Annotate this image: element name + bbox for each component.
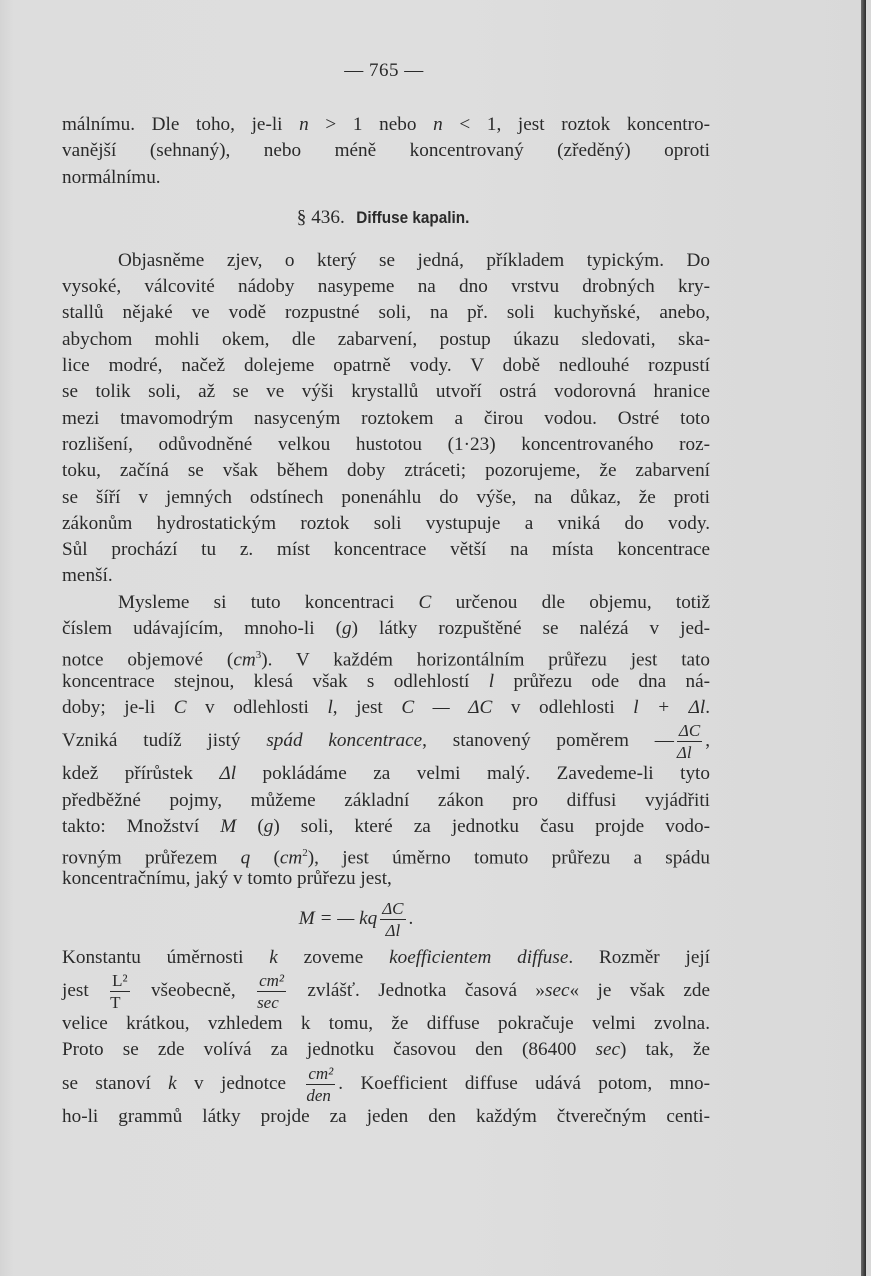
text-line: se tolik soli, až se ve výši krystallů u… bbox=[62, 379, 710, 405]
text-line: Vzniká tudíž jistý spád koncentrace, sta… bbox=[62, 721, 710, 761]
text-line: stallů nějaké ve vodě rozpustné soli, na… bbox=[62, 300, 710, 326]
text-line: málnímu. Dle toho, je-li n > 1 nebo n < … bbox=[62, 112, 710, 138]
text-line: číslem udávajícím, mnoho-li (g) látky ro… bbox=[62, 616, 710, 642]
text-line: koncentrace stejnou, klesá však s odlehl… bbox=[62, 669, 710, 695]
text-line: rovným průřezem q (cm2), jest úměrno tom… bbox=[62, 840, 710, 866]
diffusion-equation: M = — kqΔCΔl. bbox=[62, 893, 710, 945]
text-line: notce objemové (cm3). V každém horizontá… bbox=[62, 642, 710, 668]
paragraph-concentration: Mysleme si tuto koncentraci C určenou dl… bbox=[62, 590, 710, 893]
section-heading: § 436. Diffuse kapalin. bbox=[62, 205, 710, 231]
text-line: se šíří v jemných odstínech ponenáhlu do… bbox=[62, 485, 710, 511]
text-line: se stanoví k v jednotce cm²den. Koeffici… bbox=[62, 1064, 710, 1104]
text-line: abychom mohli okem, dle zabarvení, postu… bbox=[62, 327, 710, 353]
fraction-gradient: ΔCΔl bbox=[677, 722, 702, 761]
text-line: normálnímu. bbox=[62, 165, 710, 191]
text-line: kdež přírůstek Δl pokládáme za velmi mal… bbox=[62, 761, 710, 787]
text-line: zákonům hydrostatickým roztok soli vystu… bbox=[62, 511, 710, 537]
text-line: vanější (sehnaný), nebo méně koncentrova… bbox=[62, 138, 710, 164]
text-line: jest L²T všeobecně, cm²sec zvlášť. Jedno… bbox=[62, 971, 710, 1011]
text-line: lice modré, načež dolejeme opatrně vody.… bbox=[62, 353, 710, 379]
text-line: menší. bbox=[62, 563, 710, 589]
book-page: — 765 — málnímu. Dle toho, je-li n > 1 n… bbox=[0, 0, 866, 1276]
fraction-unit: cm²den bbox=[306, 1065, 335, 1104]
text-line: Sůl prochází tu z. míst koncentrace větš… bbox=[62, 537, 710, 563]
fraction-gradient: ΔCΔl bbox=[380, 900, 405, 939]
section-title: Diffuse kapalin. bbox=[356, 205, 469, 231]
text-line: koncentračnímu, jaký v tomto průřezu jes… bbox=[62, 866, 710, 892]
text-line: mezi tmavomodrým nasyceným roztokem a či… bbox=[62, 406, 710, 432]
text-line: vysoké, válcovité nádoby nasypeme na dno… bbox=[62, 274, 710, 300]
fraction-dimension: L²T bbox=[110, 972, 129, 1011]
text-line: doby; je-li C v odlehlosti l, jest C — Δ… bbox=[62, 695, 710, 721]
text-line: ho-li grammů látky projde za jeden den k… bbox=[62, 1104, 710, 1130]
paragraph-example: Objasněme zjev, o který se jedná, příkla… bbox=[62, 248, 710, 590]
text-line: Konstantu úměrnosti k zoveme koefficient… bbox=[62, 945, 710, 971]
page-number: — 765 — bbox=[0, 60, 768, 82]
text-line: toku, začíná se však během doby ztráceti… bbox=[62, 458, 710, 484]
page-edge bbox=[861, 0, 866, 1276]
section-number: § 436. bbox=[297, 207, 345, 228]
text-line: předběžné pojmy, můžeme základní zákon p… bbox=[62, 788, 710, 814]
paragraph-coefficient: Konstantu úměrnosti k zoveme koefficient… bbox=[62, 945, 710, 1130]
text-line: velice krátkou, vzhledem k tomu, že diff… bbox=[62, 1011, 710, 1037]
text-line: takto: Množství M (g) soli, které za jed… bbox=[62, 814, 710, 840]
page-body: málnímu. Dle toho, je-li n > 1 nebo n < … bbox=[62, 112, 710, 1130]
text-line: Mysleme si tuto koncentraci C určenou dl… bbox=[62, 590, 710, 616]
text-line: Proto se zde volívá za jednotku časovou … bbox=[62, 1037, 710, 1063]
fraction-unit: cm²sec bbox=[257, 972, 286, 1011]
text-line: Objasněme zjev, o který se jedná, příkla… bbox=[62, 248, 710, 274]
text-line: rozlišení, odůvodněné velkou hustotou (1… bbox=[62, 432, 710, 458]
